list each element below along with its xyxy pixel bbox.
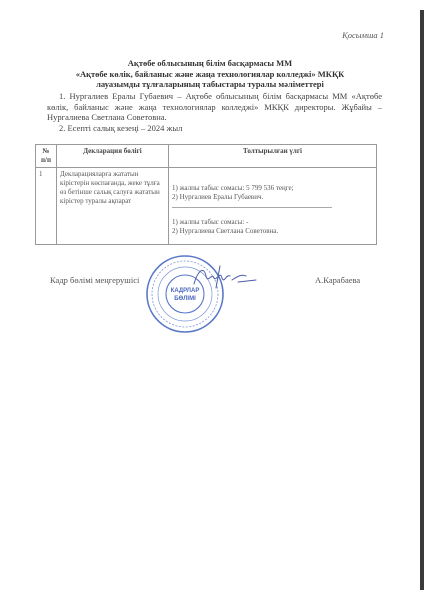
- entry-separator: [172, 207, 332, 208]
- page-edge-bar: [420, 10, 424, 590]
- declaration-table: № п/п Декларация бөлігі Толтырылған үлгі…: [35, 144, 377, 245]
- paragraph-2: 2. Есепті салық кезеңі – 2024 жыл: [47, 123, 382, 134]
- paragraph-1: 1. Нургалиев Ералы Губаевич – Ақтөбе обл…: [47, 91, 382, 123]
- entry-1-person: 2) Нургалиев Ералы Губаевич.: [172, 193, 373, 202]
- title-line-1: Ақтөбе облысының білім басқармасы ММ: [40, 58, 380, 69]
- entry-2-person: 2) Нургалиева Светлана Советовна.: [172, 227, 373, 236]
- handwritten-signature-icon: [190, 262, 260, 292]
- header-section: Декларация бөлігі: [57, 145, 169, 168]
- signatory-role: Кадр бөлімі меңгерушісі: [50, 275, 139, 285]
- header-number: № п/п: [36, 145, 57, 168]
- row-entries: 1) жалпы табыс сомасы: 5 799 536 теңге; …: [169, 168, 377, 245]
- svg-text:БӨЛІМІ: БӨЛІМІ: [174, 296, 196, 302]
- title-line-2: «Ақтөбе көлік, байланыс және жаңа технол…: [40, 69, 380, 80]
- document-title: Ақтөбе облысының білім басқармасы ММ «Ақ…: [40, 58, 380, 90]
- table-row: 1 Декларацияларға жататын кірістерін көс…: [36, 168, 377, 245]
- row-number: 1: [36, 168, 57, 245]
- appendix-label: Қосымша 1: [342, 30, 384, 40]
- entry-1-income: 1) жалпы табыс сомасы: 5 799 536 теңге;: [172, 184, 373, 193]
- row-section: Декларацияларға жататын кірістерін көспа…: [57, 168, 169, 245]
- entry-2-income: 1) жалпы табыс сомасы: -: [172, 218, 373, 227]
- header-filled-form: Толтырылған үлгі: [169, 145, 377, 168]
- table-header-row: № п/п Декларация бөлігі Толтырылған үлгі: [36, 145, 377, 168]
- signatory-name: А.Карабаева: [315, 275, 360, 285]
- title-line-3: лауазымды тұлғаларының табыстары туралы …: [40, 79, 380, 90]
